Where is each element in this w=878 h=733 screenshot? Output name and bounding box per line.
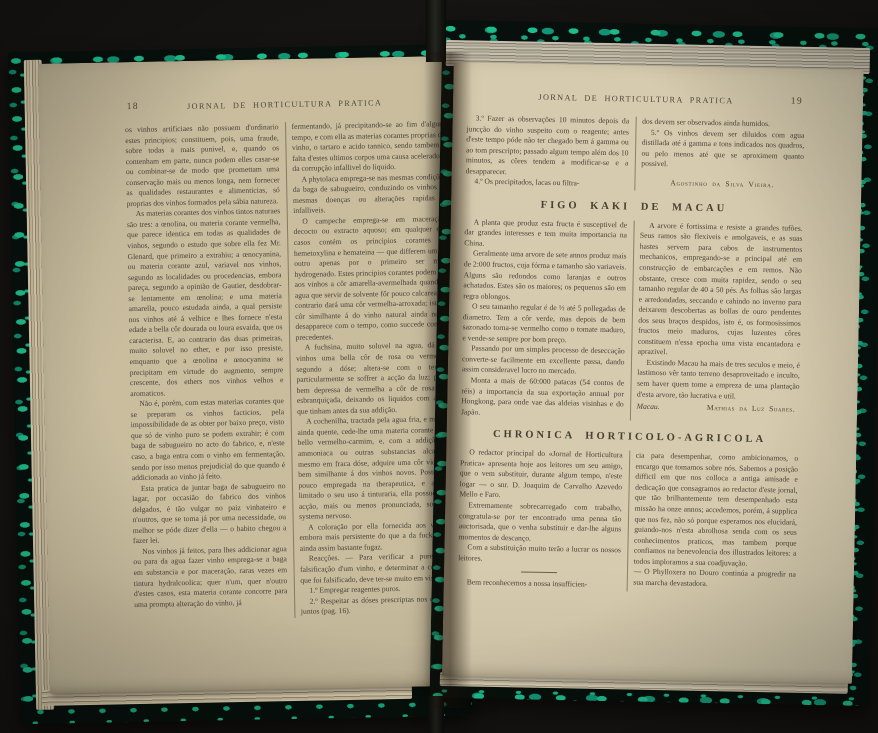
paragraph: Com a substituição muito terão a lucrar … <box>458 542 621 566</box>
paragraph: 3.º Fazer as observações 10 minutos depo… <box>466 113 630 179</box>
paragraph: os vinhos artificiaes não possuem d'ordi… <box>125 122 280 209</box>
right-page-content: JORNAL DE HORTICULTURA PRATICA 19 3.º Fa… <box>442 62 864 684</box>
paragraph: Monta a mais de 60:000 patacas (54 conto… <box>461 375 624 420</box>
signature-name: Mathias da Luz Soares. <box>707 403 795 415</box>
paragraph: O seu tamanho regular é de ½ até 5 polle… <box>462 301 625 346</box>
right-page: JORNAL DE HORTICULTURA PRATICA 19 3.º Fa… <box>442 62 864 684</box>
text-column: fermentando, já precipitando-se ao fim d… <box>284 119 454 618</box>
book-spine-bottom <box>428 696 444 733</box>
section-divider <box>521 572 557 574</box>
paragraph: As materias corantes dos vinhos tintos n… <box>127 207 284 400</box>
running-title: JORNAL DE HORTICULTURA PRATICA <box>467 91 805 106</box>
paragraph: 4.º Os precipitados, lacas ou filtra- <box>465 177 628 191</box>
paragraph: A planta que produz esta fructa é suscep… <box>464 217 627 252</box>
paragraph: Reacções. — Para verificar a pureza ou f… <box>300 551 454 586</box>
paragraph: Não é, porém, com estas materias corante… <box>130 396 285 483</box>
paragraph: — O Phylloxera no Douro continúa a progr… <box>633 567 796 591</box>
paragraph: Geralmente uma arvore de sete annos prod… <box>463 249 626 305</box>
right-running-head: JORNAL DE HORTICULTURA PRATICA 19 <box>467 90 805 110</box>
signature-line: Agostinho da Silva Vieira. <box>641 177 804 191</box>
paragraph: Passando por um simples processo de dese… <box>462 344 625 379</box>
paragraph: Esta pratica de juntar baga de sabugueir… <box>132 481 287 547</box>
text-column: A arvore é fortissima e resiste a grande… <box>629 220 802 424</box>
paragraph: A fuchsina, muito soluvel na agua, dá ao… <box>296 340 451 417</box>
paragraph: fermentando, já precipitando-se ao fim d… <box>291 119 445 175</box>
paragraph: Extremamente sobrecarregado com trabalho… <box>459 500 622 545</box>
paragraph: Existindo Macau ha mais de tres seculos … <box>637 358 800 403</box>
paragraph: O campeche emprega-se em maceração, deco… <box>293 214 449 343</box>
text-column: dos devem ser observados ainda humidos.5… <box>634 117 805 194</box>
right-book-half: JORNAL DE HORTICULTURA PRATICA 19 3.º Fa… <box>430 20 878 706</box>
book-spine-top <box>426 0 446 62</box>
text-column: cia para desempenhar, como ambicionamos,… <box>626 451 798 595</box>
book-photo: 18 JORNAL DE HORTICULTURA PRATICA os vin… <box>0 0 878 733</box>
right-page-number: 19 <box>791 97 804 107</box>
running-title: JORNAL DE HORTICULTURA PRATICA <box>125 97 445 112</box>
section-heading-chronica: CHRONICA HORTICOLO-AGRICOLA <box>460 428 798 445</box>
left-book-half: 18 JORNAL DE HORTICULTURA PRATICA os vin… <box>8 44 473 725</box>
paragraph: A arvore é fortissima e resiste a grande… <box>638 220 803 360</box>
paragraph: Bem reconhecemos a nossa insufficien- <box>458 577 621 591</box>
paragraph: 5.º Os vinhos devem ser diluidos com agu… <box>641 127 804 172</box>
text-column: os vinhos artificiaes não possuem d'ordi… <box>125 122 294 621</box>
paragraph: cia para desempenhar, como ambicionamos,… <box>634 451 799 570</box>
signature-place: Macau. <box>637 402 660 413</box>
right-page-band2: A planta que produz esta fructa é suscep… <box>461 217 803 424</box>
signature-line: Macau.Mathias da Luz Soares. <box>637 402 800 416</box>
left-page-content: 18 JORNAL DE HORTICULTURA PRATICA os vin… <box>38 56 468 694</box>
paragraph: O redactor principal do «Jornal de Horti… <box>459 447 622 503</box>
text-column: A planta que produz esta fructa é suscep… <box>461 217 633 421</box>
right-page-band3: O redactor principal do «Jornal de Horti… <box>458 447 799 594</box>
paragraph: A cochenilha, tractada pela agua fria, e… <box>297 414 452 522</box>
right-page-band1: 3.º Fazer as observações 10 minutos depo… <box>465 113 804 193</box>
text-column: 3.º Fazer as observações 10 minutos depo… <box>465 113 635 190</box>
text-column: O redactor principal do «Jornal de Horti… <box>458 447 629 591</box>
section-heading-figo-kaki: FIGO KAKI DE MACAU <box>465 198 803 215</box>
paragraph: Nos vinhos já feitos, para lhes addicion… <box>133 544 288 610</box>
left-page: 18 JORNAL DE HORTICULTURA PRATICA os vin… <box>38 56 468 694</box>
left-running-head: 18 JORNAL DE HORTICULTURA PRATICA <box>125 96 445 116</box>
paragraph: A phytolaca emprega-se nas mesmas condiç… <box>292 172 446 217</box>
paragraph: A coloração por ella fornecida aos vinho… <box>299 520 453 555</box>
left-page-columns: os vinhos artificiaes não possuem d'ordi… <box>125 119 454 621</box>
